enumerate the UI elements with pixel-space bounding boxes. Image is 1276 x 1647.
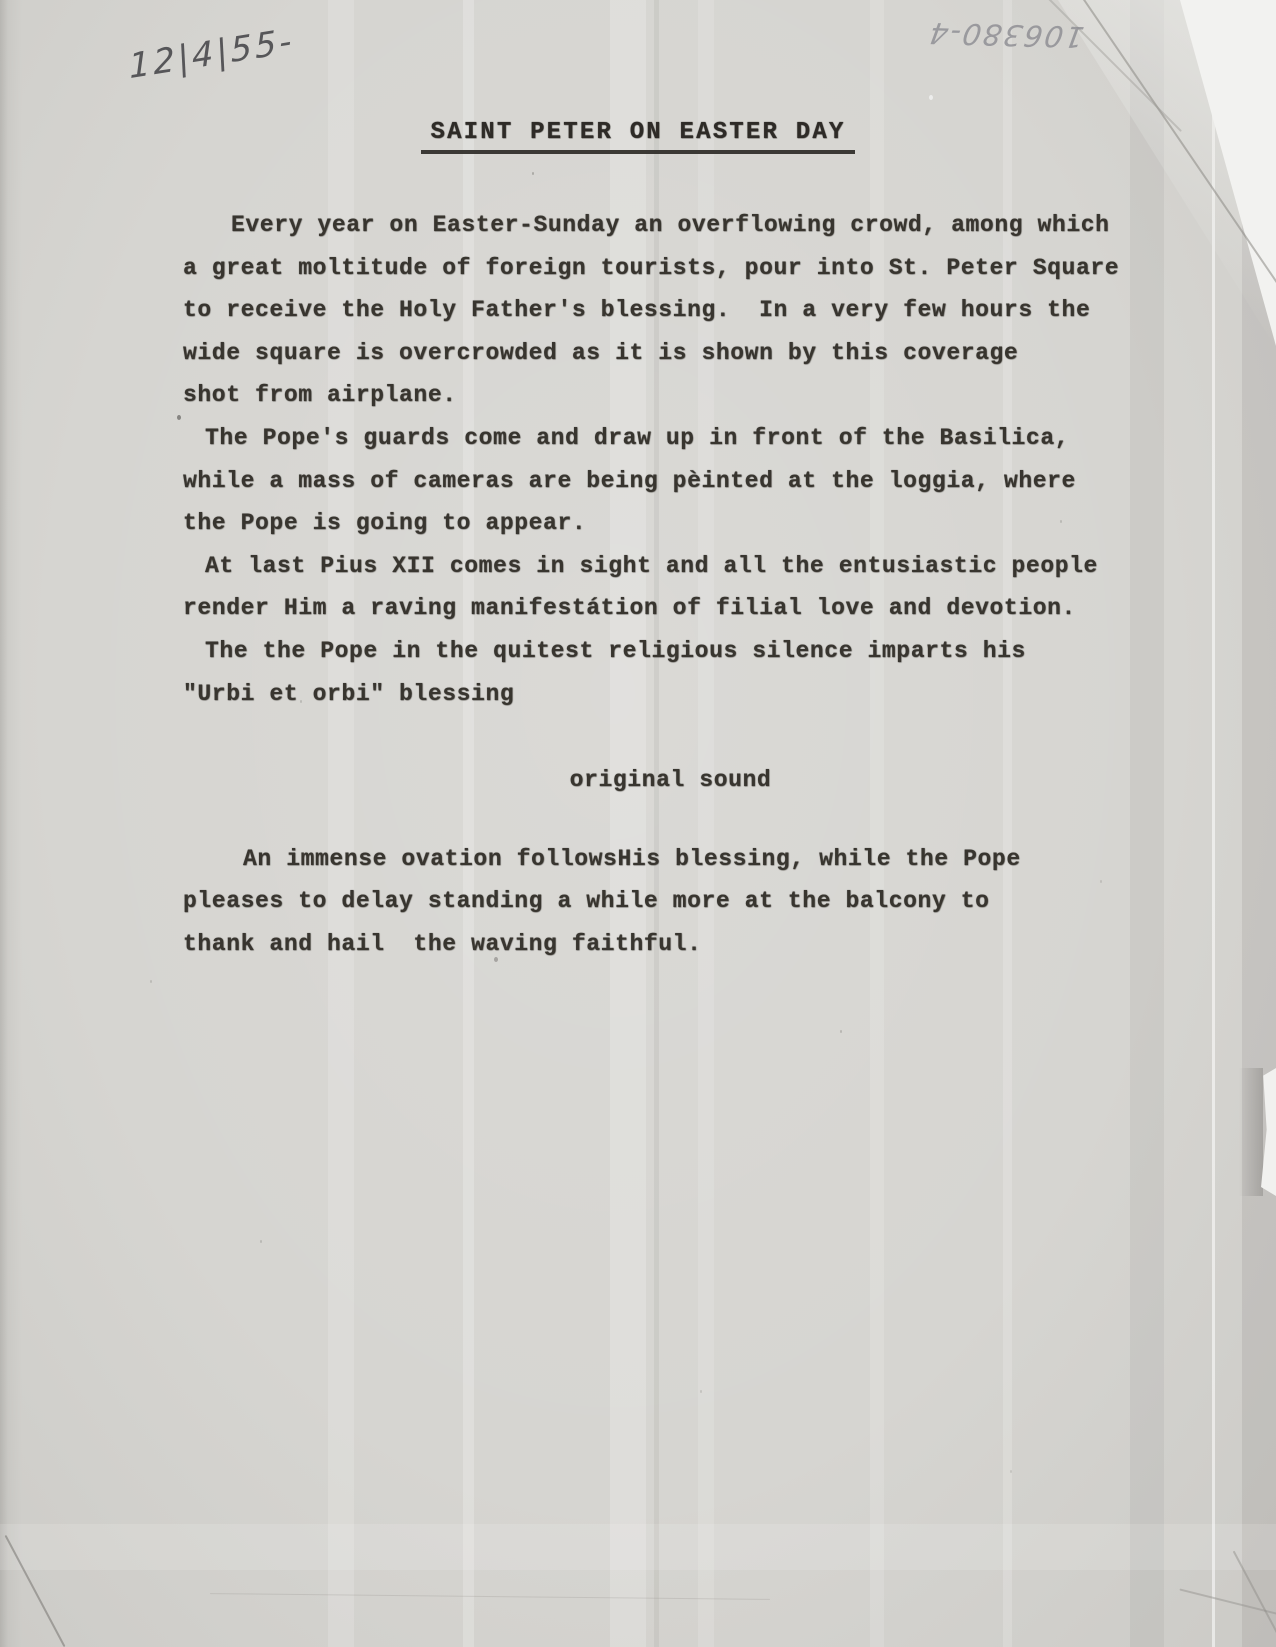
scanned-page: 12|4|55- 106380-4 SAINT PETER ON EASTER … bbox=[0, 0, 1276, 1647]
typed-line: At last Pius XII comes in sight and all … bbox=[183, 545, 1158, 588]
document-title: SAINT PETER ON EASTER DAY bbox=[0, 119, 1276, 154]
typed-line: wide square is overcrowded as it is show… bbox=[183, 332, 1158, 375]
typed-line: render Him a raving manifestátion of fil… bbox=[183, 587, 1158, 630]
crease-line bbox=[1179, 1588, 1276, 1617]
typed-line: while a mass of cameras are being pèinte… bbox=[183, 460, 1158, 503]
typed-line: to receive the Holy Father's blessing. I… bbox=[183, 289, 1158, 332]
paragraph-original-sound: An immense ovation followsHis blessing, … bbox=[183, 838, 1158, 966]
typed-line: pleases to delay standing a while more a… bbox=[183, 880, 1158, 923]
typed-line: An immense ovation followsHis blessing, … bbox=[183, 838, 1158, 881]
typed-line: "Urbi et orbi" blessing bbox=[183, 673, 1158, 716]
typed-line: shot from airplane. bbox=[183, 374, 1158, 417]
typed-line: The Pope's guards come and draw up in fr… bbox=[183, 417, 1158, 460]
subheading: original sound bbox=[183, 759, 1158, 802]
handwritten-date: 12|4|55- bbox=[128, 21, 295, 87]
typed-line: Every year on Easter-Sunday an overflowi… bbox=[183, 204, 1158, 247]
typed-line: thank and hail the waving faithful. bbox=[183, 923, 1158, 966]
document-title-text: SAINT PETER ON EASTER DAY bbox=[421, 119, 854, 154]
paper-light-band bbox=[0, 1524, 1276, 1570]
typed-line: a great moltitude of foreign tourists, p… bbox=[183, 247, 1158, 290]
paper-speckles bbox=[0, 0, 2, 3]
crease-line bbox=[210, 1593, 770, 1600]
handwritten-code: 106380-4 bbox=[925, 16, 1086, 54]
typed-line: the Pope is going to appear. bbox=[183, 502, 1158, 545]
document-body: Every year on Easter-Sunday an overflowi… bbox=[183, 204, 1158, 966]
typed-line: The the Pope in the quitest religious si… bbox=[183, 630, 1158, 673]
edge-tear-shadow bbox=[1239, 1068, 1263, 1196]
